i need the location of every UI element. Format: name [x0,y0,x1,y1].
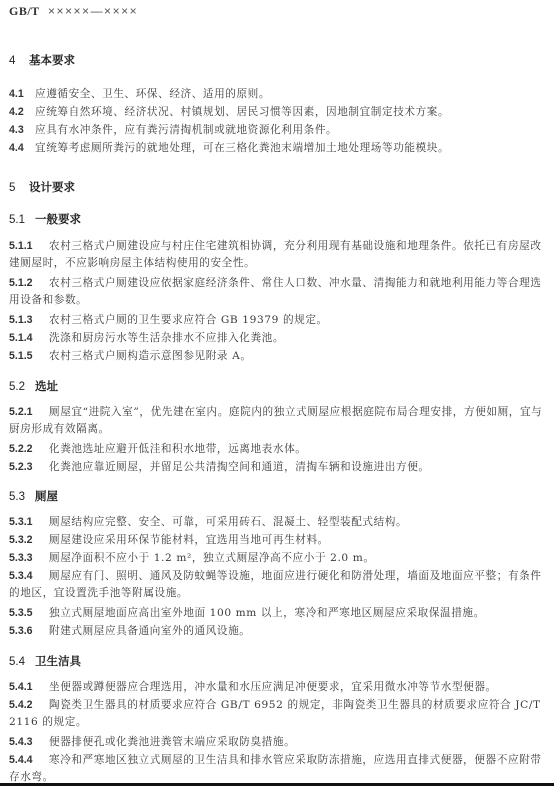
clause-5-4-1: 5.4.1坐便器或蹲便器应合理选用，冲水量和水压应满足冲便要求，宜采用微水冲等节… [9,679,545,696]
clause-5-3-4: 5.3.4厕屋应有门、照明、通风及防蚊蝇等设施，地面应进行硬化和防滑处理，墙面及… [9,568,545,601]
subsection-heading-5-2: 5.2选址 [9,378,58,394]
clause-4-4: 4.4宜统筹考虑厕所粪污的就地处理，可在三格化粪池末端增加土地处理场等功能模块。 [9,140,545,157]
clause-4-2: 4.2应统筹自然环境、经济状况、村镇规划、居民习惯等因素，因地制宜制定技术方案。 [9,104,545,121]
page-bottom-rule [0,783,554,786]
clause-5-1-5: 5.1.5农村三格式户厕构造示意图参见附录 A。 [9,348,545,365]
standard-code: GB/T [9,4,40,18]
subsection-heading-5-1: 5.1一般要求 [9,211,81,227]
clause-5-3-5: 5.3.5独立式厕屋地面应高出室外地面 100 mm 以上，寒冷和严寒地区厕屋应… [9,605,545,622]
clause-5-2-3: 5.2.3化粪池应靠近厕屋，并留足公共清掏空间和通道，清掏车辆和设施进出方便。 [9,459,545,476]
section-heading-4: 4基本要求 [9,52,75,68]
document-page: GB/T ×××××—×××× 4基本要求 4.1应遵循安全、卫生、环保、经济、… [0,0,554,787]
clause-5-1-1: 5.1.1农村三格式户厕建设应与村庄住宅建筑相协调，充分利用现有基础设施和地理条… [9,238,545,271]
clause-5-3-1: 5.3.1厕屋结构应完整、安全、可靠，可采用砖石、混凝土、轻型装配式结构。 [9,514,545,531]
clause-5-3-3: 5.3.3厕屋净面积不应小于 1.2 m²，独立式厕屋净高不应小于 2.0 m。 [9,550,545,567]
clause-5-1-2: 5.1.2农村三格式户厕建设应依据家庭经济条件、常住人口数、冲水量、清掏能力和就… [9,275,545,308]
clause-5-1-3: 5.1.3农村三格式户厕的卫生要求应符合 GB 19379 的规定。 [9,312,545,329]
clause-5-2-1: 5.2.1厕屋宜“进院入室”，优先建在室内。庭院内的独立式厕屋应根据庭院布局合理… [9,404,545,437]
clause-4-1: 4.1应遵循安全、卫生、环保、经济、适用的原则。 [9,86,545,103]
clause-5-4-4: 5.4.4寒冷和严寒地区独立式厕屋的卫生洁具和排水管应采取防冻措施，应选用直排式… [9,752,545,785]
clause-5-3-6: 5.3.6附建式厕屋应具备通向室外的通风设施。 [9,623,545,640]
page-header: GB/T ×××××—×××× [9,4,138,19]
clause-5-2-2: 5.2.2化粪池选址应避开低洼和积水地带，远离地表水体。 [9,441,545,458]
section-heading-5: 5设计要求 [9,179,75,195]
subsection-heading-5-3: 5.3厕屋 [9,488,58,504]
clause-5-1-4: 5.1.4洗涤和厨房污水等生活杂排水不应排入化粪池。 [9,330,545,347]
standard-number: ×××××—×××× [48,4,138,18]
subsection-heading-5-4: 5.4卫生洁具 [9,653,81,669]
clause-4-3: 4.3应具有水冲条件，应有粪污清掏机制或就地资源化利用条件。 [9,122,545,139]
clause-5-3-2: 5.3.2厕屋建设应采用环保节能材料，宜选用当地可再生材料。 [9,532,545,549]
clause-5-4-3: 5.4.3便器排便孔或化粪池进粪管末端应采取防臭措施。 [9,734,545,751]
clause-5-4-2: 5.4.2陶瓷类卫生器具的材质要求应符合 GB/T 6952 的规定，非陶瓷类卫… [9,697,545,730]
